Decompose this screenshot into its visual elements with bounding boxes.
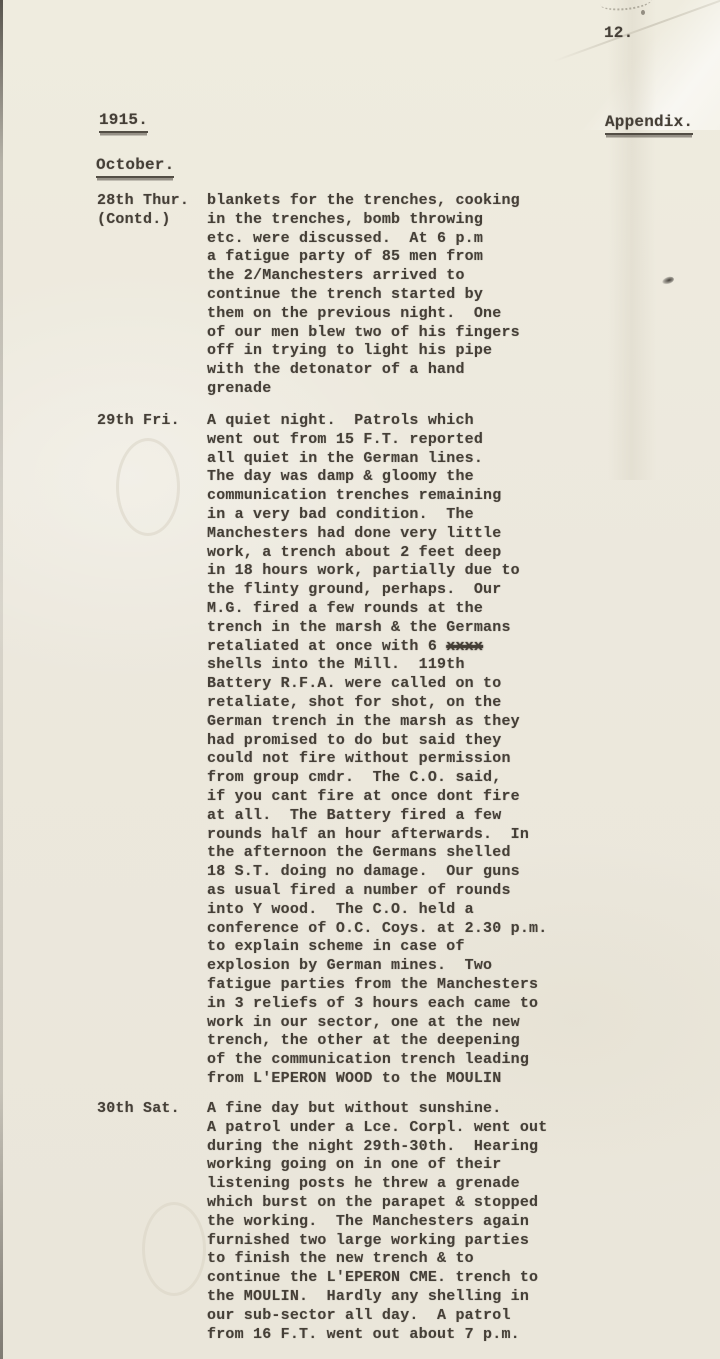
paper-watermark <box>116 438 180 536</box>
entry-date-label: 28th Thur. (Contd.) <box>97 192 207 230</box>
entry-body-segment: shells into the Mill. 119th Battery R.F.… <box>207 656 547 1087</box>
paper-watermark <box>142 1202 206 1296</box>
struck-out-text: xxxx <box>446 638 483 655</box>
appendix-heading: Appendix. <box>605 112 693 135</box>
entry-body-segment: A quiet night. Patrols which went out fr… <box>207 412 520 655</box>
page-edge-shadow <box>0 0 3 1359</box>
ink-speck <box>661 275 675 285</box>
month-heading: October. <box>96 155 174 178</box>
entry-date-label: 29th Fri. <box>97 412 207 431</box>
entry-date-label: 30th Sat. <box>97 1100 207 1119</box>
year-heading: 1915. <box>99 110 148 133</box>
document-page: 12. 1915. Appendix. October. 28th Thur. … <box>0 0 720 1359</box>
entry-body-text: A quiet night. Patrols which went out fr… <box>207 412 642 1089</box>
ink-speck <box>641 10 645 15</box>
year-heading-text: 1915. <box>99 110 148 133</box>
page-number: 12. <box>604 24 633 43</box>
entry-body-text: A fine day but without sunshine. A patro… <box>207 1100 642 1344</box>
month-heading-text: October. <box>96 155 174 178</box>
appendix-heading-text: Appendix. <box>605 112 693 135</box>
entry-body-text: blankets for the trenches, cooking in th… <box>207 192 642 399</box>
